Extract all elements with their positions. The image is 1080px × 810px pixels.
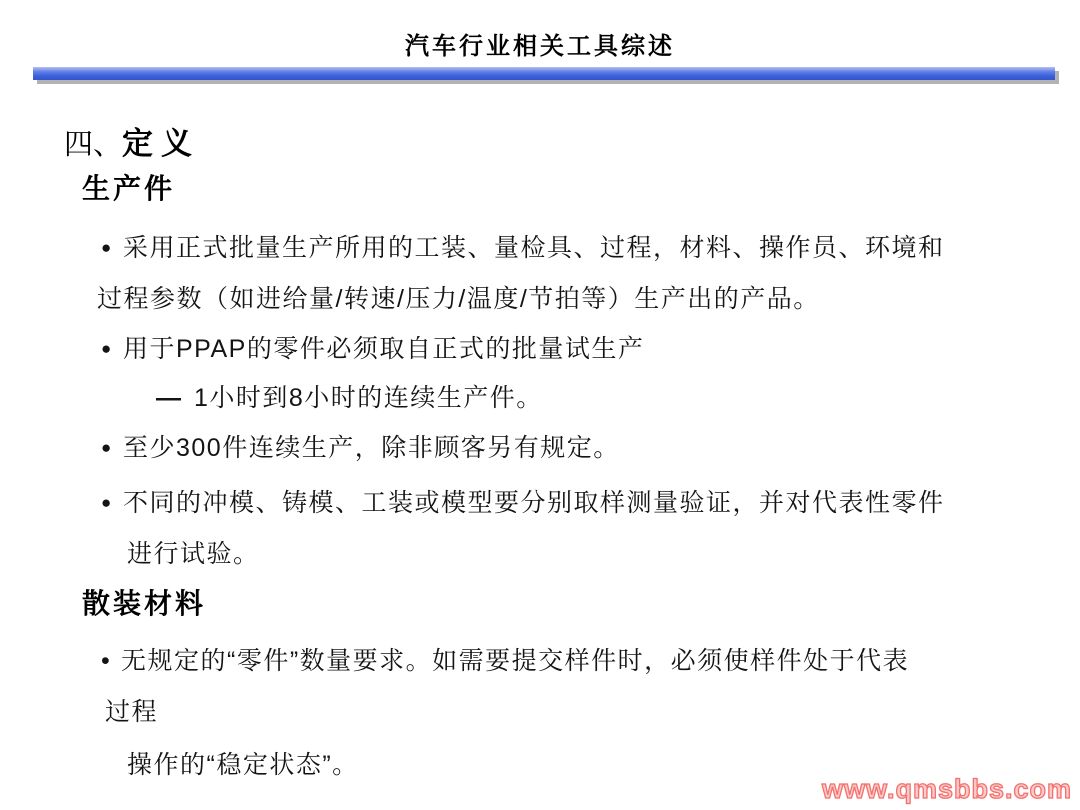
bullet-item: ●至少300件连续生产，除非顾客另有规定。 [101,428,620,464]
bullet-icon: ● [101,438,123,458]
bullet-item: •无规定的“零件”数量要求。如需要提交样件时，必须使样件处于代表 [101,641,909,677]
dot-bullet-icon: • [101,647,121,676]
page-heading-text: 定义 [122,126,200,161]
section-title-production-parts: 生产件 [82,167,175,207]
text-line: 1小时到8小时的连续生产件。 [194,384,543,412]
watermark-url: www.qmsbbs.com [822,774,1072,805]
dash-icon: — [156,384,194,413]
text-line: 至少300件连续生产，除非顾客另有规定。 [123,434,620,462]
text-line: 用于PPAP的零件必须取自正式的批量试生产 [123,335,644,363]
text-line: 过程 [105,692,158,728]
sub-bullet-item: —1小时到8小时的连续生产件。 [156,378,543,414]
text-line: 进行试验。 [127,534,260,570]
page-heading-number: 四、 [64,129,122,161]
bullet-icon: ● [101,493,123,513]
bullet-icon: ● [101,339,123,359]
text-line: 过程参数（如进给量/转速/压力/温度/节拍等）生产出的产品。 [97,279,820,315]
slide-header-title: 汽车行业相关工具综述 [0,26,1080,61]
bullet-item: ●采用正式批量生产所用的工装、量检具、过程，材料、操作员、环境和 [101,228,945,264]
bullet-icon: ● [101,238,123,258]
accent-divider-bar [33,67,1055,80]
slide-background: 汽车行业相关工具综述 四、定义 生产件 ●采用正式批量生产所用的工装、量检具、过… [0,0,1080,810]
text-line: 操作的“稳定状态”。 [127,745,359,781]
section-title-bulk-materials: 散装材料 [82,582,206,622]
bullet-item: ●不同的冲模、铸模、工装或模型要分别取样测量验证，并对代表性零件 [101,483,945,519]
page-heading: 四、定义 [64,118,200,163]
text-line: 采用正式批量生产所用的工装、量检具、过程，材料、操作员、环境和 [123,234,945,262]
text-line: 无规定的“零件”数量要求。如需要提交样件时，必须使样件处于代表 [121,647,909,675]
bullet-item: ●用于PPAP的零件必须取自正式的批量试生产 [101,329,644,365]
text-line: 不同的冲模、铸模、工装或模型要分别取样测量验证，并对代表性零件 [123,489,945,517]
